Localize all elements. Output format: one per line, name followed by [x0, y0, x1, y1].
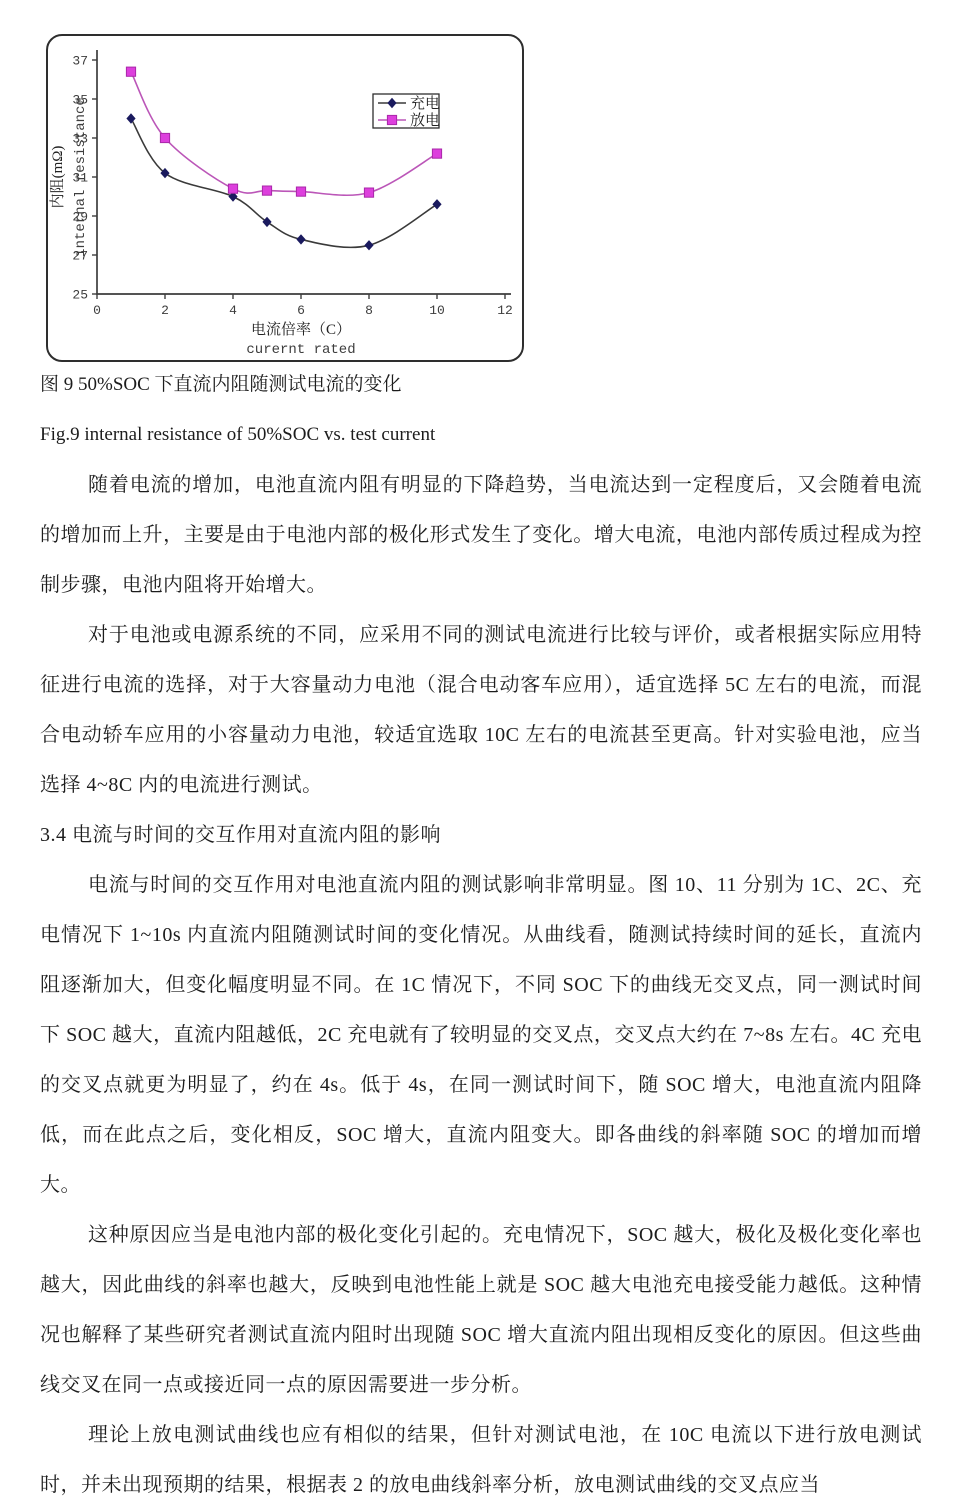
diamond-marker: [262, 217, 271, 227]
x-tick-label: 10: [429, 303, 445, 318]
x-tick-label: 8: [365, 303, 373, 318]
paragraph-5: 理论上放电测试曲线也应有相似的结果，但针对测试电池，在 10C 电流以下进行放电…: [40, 1410, 922, 1510]
square-marker: [228, 184, 237, 193]
legend-label: 放电: [410, 111, 440, 129]
paragraph-4: 这种原因应当是电池内部的极化变化引起的。充电情况下，SOC 越大，极化及极化变化…: [40, 1210, 922, 1410]
diamond-marker: [432, 199, 441, 209]
square-marker: [432, 149, 441, 158]
document-body: 图 9 50%SOC 下直流内阻随测试电流的变化 Fig.9 internal …: [40, 360, 922, 1510]
y-tick-label: 37: [72, 54, 88, 69]
legend-label: 充电: [410, 94, 440, 112]
paragraph-3: 电流与时间的交互作用对电池直流内阻的测试影响非常明显。图 10、11 分别为 1…: [40, 860, 922, 1210]
square-marker: [160, 133, 169, 142]
x-tick-label: 6: [297, 303, 305, 318]
y-tick-label: 25: [72, 288, 88, 303]
diamond-marker: [364, 240, 373, 250]
y-axis-label-zh: 内阻(mΩ): [49, 146, 66, 209]
figure-caption-zh: 图 9 50%SOC 下直流内阻随测试电流的变化: [40, 360, 922, 410]
figure-9-chart-frame: 25272931333537024681012充电放电电流倍率（C）curern…: [46, 34, 524, 362]
square-marker: [126, 67, 135, 76]
paragraph-2: 对于电池或电源系统的不同，应采用不同的测试电流进行比较与评价，或者根据实际应用特…: [40, 610, 922, 810]
square-marker: [296, 187, 305, 196]
series-line-放电: [131, 72, 437, 196]
y-axis-label-en: internal resistance: [73, 97, 89, 257]
square-marker: [387, 115, 396, 124]
diamond-marker: [126, 113, 135, 123]
x-tick-label: 2: [161, 303, 169, 318]
x-axis-label-zh: 电流倍率（C）: [251, 320, 351, 338]
x-tick-label: 0: [93, 303, 101, 318]
figure-9-plot: 25272931333537024681012充电放电电流倍率（C）curern…: [48, 36, 522, 360]
square-marker: [364, 188, 373, 197]
paragraph-1: 随着电流的增加，电池直流内阻有明显的下降趋势，当电流达到一定程度后，又会随着电流…: [40, 460, 922, 610]
square-marker: [262, 186, 271, 195]
x-tick-label: 4: [229, 303, 237, 318]
axes: [97, 50, 511, 294]
figure-caption-en: Fig.9 internal resistance of 50%SOC vs. …: [40, 410, 922, 460]
x-tick-label: 12: [497, 303, 513, 318]
paper-page: 25272931333537024681012充电放电电流倍率（C）curern…: [0, 0, 953, 1511]
section-heading-3-4: 3.4 电流与时间的交互作用对直流内阻的影响: [40, 810, 922, 860]
x-axis-label-en: curernt rated: [246, 342, 355, 358]
diamond-marker: [296, 234, 305, 244]
